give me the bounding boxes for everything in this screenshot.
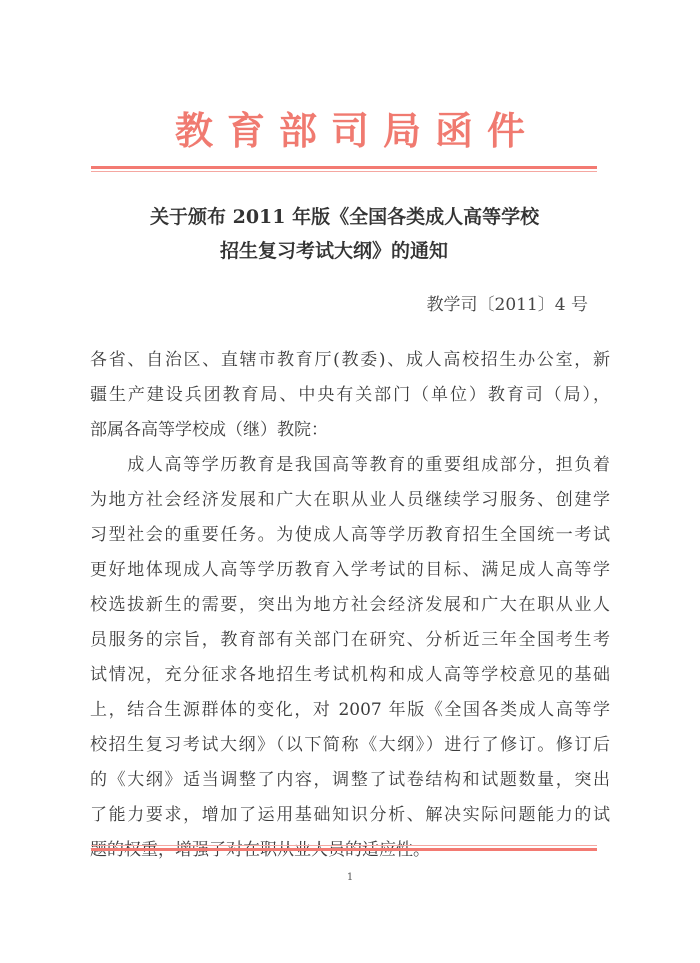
addressee-line: 部属各高等学校成（继）教院： [90, 413, 610, 448]
paragraph-line: 试情况，充分征求各地招生考试机构和成人高等学校意见的基础 [90, 658, 610, 693]
paragraph-line: 成人高等学历教育是我国高等教育的重要组成部分，担负着 [90, 448, 610, 483]
notice-title: 关于颁布 2011 年版《全国各类成人高等学校 招生复习考试大纲》的通知 [150, 200, 539, 268]
paragraph-line: 了能力要求，增加了运用基础知识分析、解决实际问题能力的试 [90, 798, 610, 833]
letterhead-divider [91, 166, 597, 172]
addressee-line: 疆生产建设兵团教育局、中央有关部门（单位）教育司（局）， [90, 378, 610, 413]
divider-thick-line [91, 848, 597, 851]
divider-thick-line [91, 166, 597, 169]
paragraph-line: 的《大纲》适当调整了内容，调整了试卷结构和试题数量，突出 [90, 763, 610, 798]
paragraph-line: 习型社会的重要任务。为使成人高等学历教育招生全国统一考试 [90, 518, 610, 553]
paragraph-line: 员服务的宗旨，教育部有关部门在研究、分析近三年全国考生考 [90, 623, 610, 658]
body-paragraph: 成人高等学历教育是我国高等教育的重要组成部分，担负着 为地方社会经济发展和广大在… [90, 448, 610, 868]
document-body: 各省、自治区、直辖市教育厅(教委)、成人高校招生办公室，新 疆生产建设兵团教育局… [90, 343, 610, 868]
paragraph-line: 校选拔新生的需要，突出为地方社会经济发展和广大在职从业人 [90, 588, 610, 623]
letterhead-title: 教育部司局函件 [161, 108, 539, 153]
divider-thin-line [91, 171, 597, 172]
paragraph-line: 更好地体现成人高等学历教育入学考试的目标、满足成人高等学 [90, 553, 610, 588]
notice-title-line-1: 关于颁布 2011 年版《全国各类成人高等学校 [150, 200, 539, 234]
letterhead: 教育部司局函件 [0, 100, 700, 155]
paragraph-line: 上，结合生源群体的变化，对 2007 年版《全国各类成人高等学 [90, 693, 610, 728]
notice-title-line-2: 招生复习考试大纲》的通知 [150, 234, 539, 268]
paragraph-line: 为地方社会经济发展和广大在职从业人员继续学习服务、创建学 [90, 483, 610, 518]
paragraph-line: 校招生复习考试大纲》（以下简称《大纲》）进行了修订。修订后 [90, 728, 610, 763]
addressee-line: 各省、自治区、直辖市教育厅(教委)、成人高校招生办公室，新 [90, 343, 610, 378]
footer-divider [91, 845, 597, 851]
page-number: 1 [0, 872, 700, 883]
addressee: 各省、自治区、直辖市教育厅(教委)、成人高校招生办公室，新 疆生产建设兵团教育局… [90, 343, 610, 448]
document-number: 教学司〔2011〕4 号 [427, 290, 588, 315]
divider-thin-line [91, 845, 597, 846]
